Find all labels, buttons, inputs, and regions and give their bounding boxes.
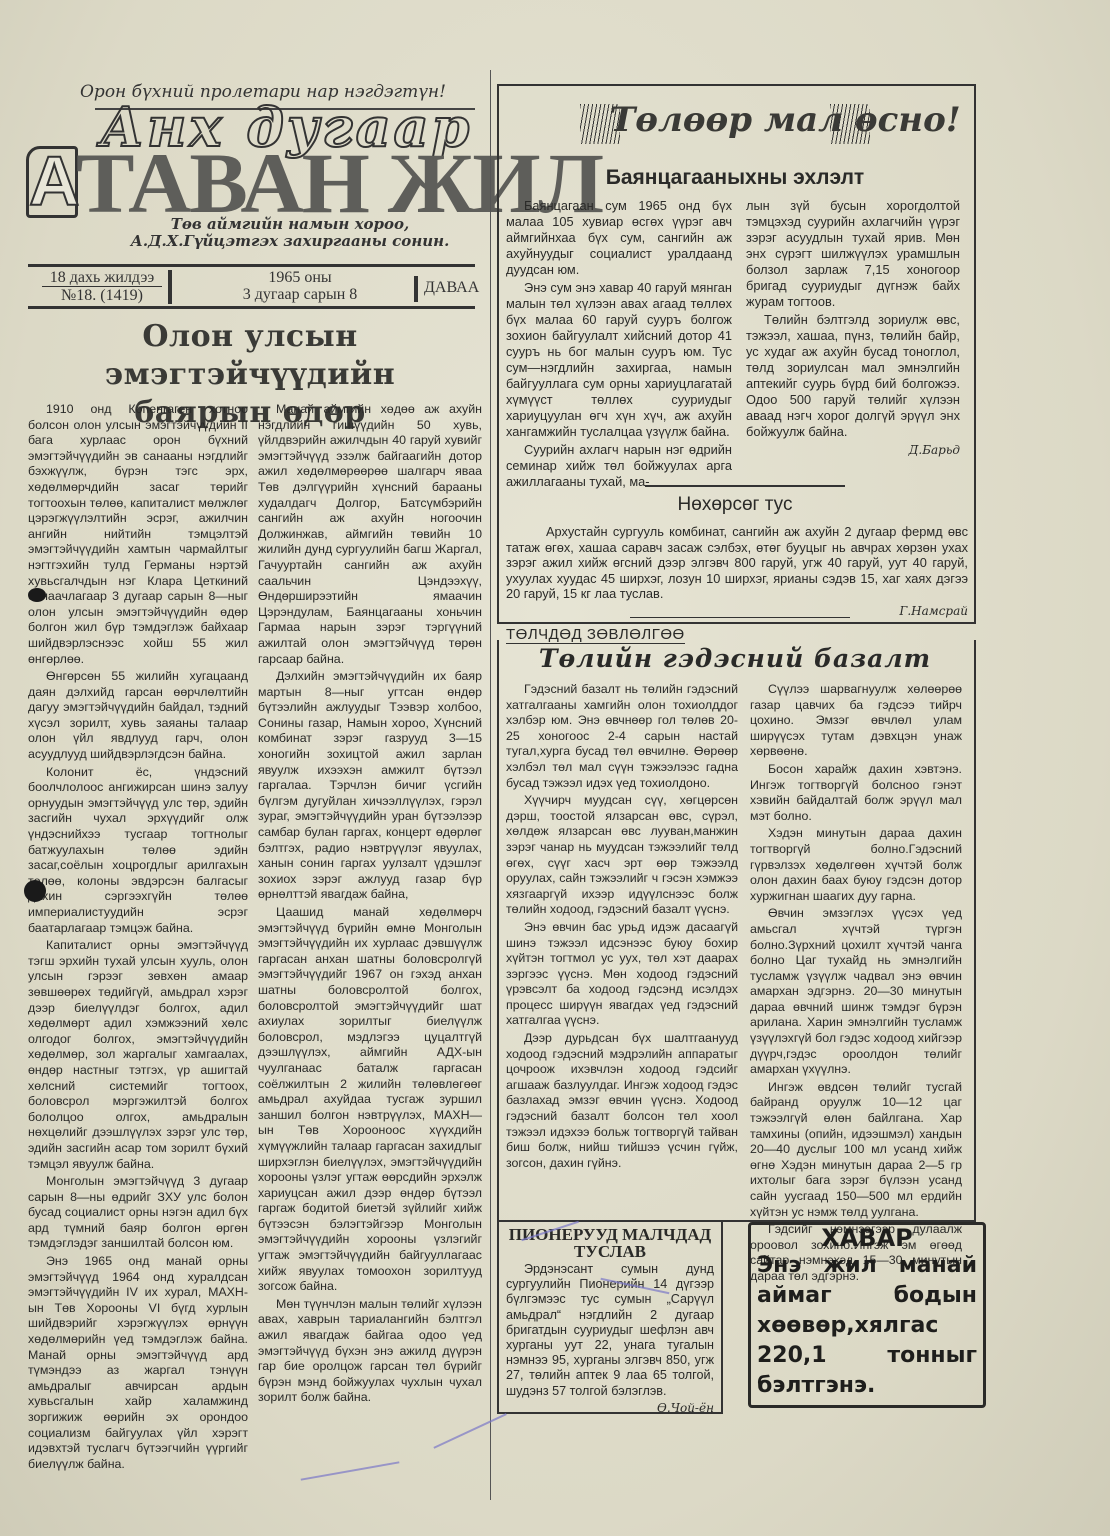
publisher-line-2: А.Д.Х.Гүйцэтгэх захиргааны сонин. <box>100 233 480 250</box>
paragraph: Өнгөрсөн 55 жилийн хугацаанд даян дэлхий… <box>28 669 248 763</box>
paragraph: Энэ өвчин бас урьд идэж дасаагүй шинэ тэ… <box>506 920 738 1029</box>
paragraph: Дэлхийн эмэгтэйчүүдийн их баяр мартын 8—… <box>258 669 482 903</box>
date-day: 3 дугаар сарын 8 <box>210 286 390 303</box>
issue-weekday: ДАВАА <box>424 279 479 296</box>
article-author: Д.Барьд <box>746 442 960 458</box>
news-box-body: Энэ жил манай аймаг бодын хөөвөр,хялгас … <box>757 1251 977 1401</box>
paragraph: Төлийн бэлтгэлд зориулж өвс, тэжээл, хаш… <box>746 312 960 440</box>
advice-headline: Төлийн гэдэсний базалт <box>500 644 970 673</box>
article-nokhorsog-body: Архустайн сургууль комбинат, сангийн аж … <box>506 524 968 619</box>
paragraph: Хэдэн минутын дараа дахин тогтворгүй бол… <box>750 826 962 904</box>
date-year: 1965 оны <box>210 269 390 286</box>
masthead-publisher: Төв аймгийн намын хороо, А.Д.Х.Гүйцэтгэх… <box>100 216 480 250</box>
rubric-title: Төлөөр мал өсно! <box>610 100 961 140</box>
ink-blot <box>28 588 46 602</box>
article-baynstsagaan-column-1: Баянцагаан сум 1965 онд бүх малаа 105 ху… <box>506 198 732 492</box>
paragraph: Дээр дурьдсан бүх шалтгаанууд ходоод гэд… <box>506 1031 738 1171</box>
ink-blot <box>24 880 46 902</box>
paragraph: Монголын эмэгтэйчүүд 3 дугаар сарын 8—ны… <box>28 1174 248 1252</box>
paragraph: Энэ сум энэ хавар 40 гаруй мянган малын … <box>506 280 732 440</box>
paragraph: Баянцагаан сум 1965 онд бүх малаа 105 ху… <box>506 198 732 278</box>
lead-article-column-1: 1910 онд Копенгаген хотноо болсон олон у… <box>28 402 248 1474</box>
article-baynstsagaan-column-2: лын зүй бусын хорогдолтой тэмцэхэд суури… <box>746 198 960 458</box>
issue-date: 1965 оны 3 дугаар сарын 8 <box>210 269 390 303</box>
advice-column-1: Гэдэсний базалт нь төлийн гэдэсний хатга… <box>506 682 738 1173</box>
pen-mark <box>433 1413 506 1448</box>
pioneers-headline-line-2: ТУСЛАВ <box>505 1243 715 1260</box>
page-column-rule <box>490 70 491 1500</box>
issue-volume: 18 дахь жилдээ №18. (1419) <box>42 269 162 304</box>
newspaper-page: Орон бүхний пролетари нар нэгдэгтүн! Анх… <box>0 0 1110 1536</box>
paragraph: Сүүлээ шарвагнуулж хөлөөрөө газар цавчих… <box>750 682 962 760</box>
paragraph: Капиталист орны эмэгтэйчүүд тэгш эрхийн … <box>28 938 248 1172</box>
paragraph: Эрдэнэсант сумын дунд сургуулийн Пионери… <box>506 1262 714 1399</box>
paragraph: Колонит ёс, үндэсний боолчлолоос ангижир… <box>28 765 248 937</box>
masthead-rule-top <box>28 264 475 267</box>
paragraph: Цаашид манай хөдөлмөрч эмэгтэйчүүд бүрий… <box>258 905 482 1295</box>
paragraph: 1910 онд Копенгаген хотноо болсон олон у… <box>28 402 248 667</box>
issue-divider-1 <box>168 270 172 304</box>
paragraph: Архустайн сургууль комбинат, сангийн аж … <box>506 524 968 602</box>
lead-article-column-2: Манай аймгийн хөдөө аж ахуйн нэгдлийн ги… <box>258 402 482 1408</box>
paragraph: Суурийн ахлагч нарын нэг өдрийн семинар … <box>506 442 732 490</box>
article-nokhorsog-headline: Нөхөрсөг тус <box>500 494 970 516</box>
publisher-line-1: Төв аймгийн намын хороо, <box>100 216 480 233</box>
advice-column-2: Сүүлээ шарвагнуулж хөлөөрөө газар цавчих… <box>750 682 962 1287</box>
pioneers-body: Эрдэнэсант сумын дунд сургуулийн Пионери… <box>506 1262 714 1416</box>
paragraph: Өвчин эмзэглэх үүсэх үед амьсгал хүчтэй … <box>750 906 962 1078</box>
section-divider <box>630 617 850 618</box>
paragraph: Манай аймгийн хөдөө аж ахуйн нэгдлийн ги… <box>258 402 482 667</box>
paragraph: Энэ 1965 онд манай орны эмэгтэйчүүд 1964… <box>28 1254 248 1472</box>
masthead-rule-bottom <box>28 306 475 309</box>
paragraph: Босон харайж дахин хэвтэнэ. Ингэж тогтво… <box>750 762 962 824</box>
section-divider <box>645 485 845 487</box>
issue-divider-2 <box>414 276 418 302</box>
masthead-initial: А <box>26 146 78 218</box>
paragraph: Хүүчирч муудсан сүү, хөгцөрсөн дэрш, тоо… <box>506 793 738 918</box>
volume-year: 18 дахь жилдээ <box>42 269 162 287</box>
news-box-title: ХАВАР <box>757 1225 977 1251</box>
issue-number: №18. (1419) <box>42 287 162 304</box>
news-box: ХАВАР Энэ жил манай аймаг бодын хөөвөр,х… <box>748 1222 986 1408</box>
paragraph: Ингэж өвдсөн төлийг тусгай байранд оруул… <box>750 1080 962 1220</box>
pioneers-headline: ПИОНЕРУУД МАЛЧДАД ТУСЛАВ <box>505 1226 715 1260</box>
paragraph: Гэдэсний базалт нь төлийн гэдэсний хатга… <box>506 682 738 791</box>
paragraph: Мөн түүнчлэн малын төлийг хүлээн авах, х… <box>258 1297 482 1406</box>
article-author: Ө.Чой-ён <box>506 1401 714 1416</box>
lead-headline-line-1: Олон улсын эмэгтэйчүүдийн <box>20 318 480 394</box>
paragraph: лын зүй бусын хорогдолтой тэмцэхэд суури… <box>746 198 960 310</box>
pen-mark <box>301 1461 400 1480</box>
article-baynstsagaan-headline: Баянцагааныхны эхлэлт <box>500 166 970 190</box>
